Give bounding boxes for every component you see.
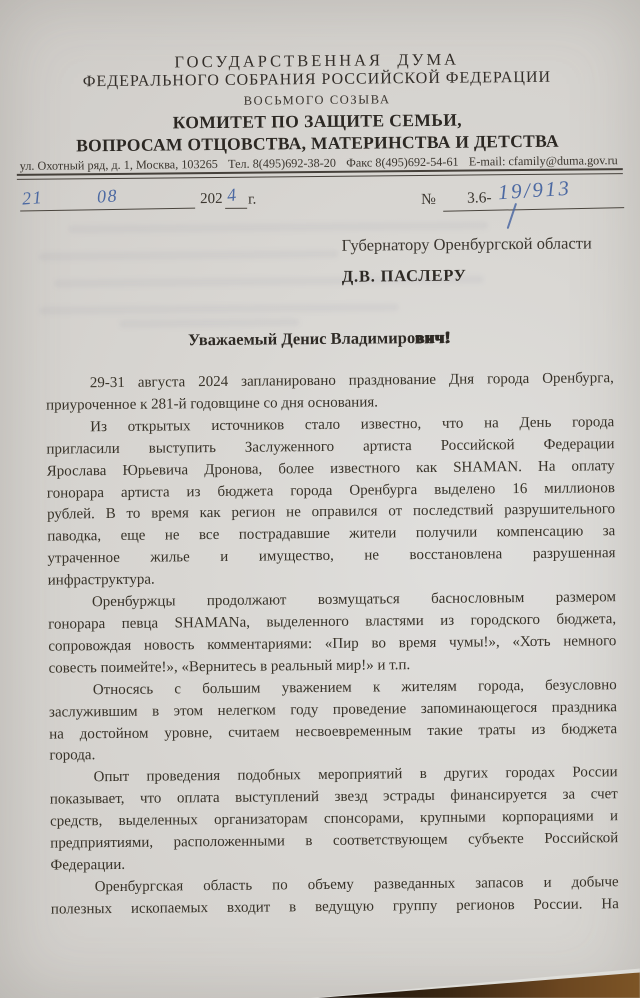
bleedthrough-artifact (119, 318, 299, 328)
printed-year-prefix: 202 (200, 191, 223, 208)
recipient-name: Д.В. ПАСЛЕРУ (342, 266, 467, 287)
pen-stroke-tail (507, 203, 517, 229)
salutation-text: Уважаемый Денис Владимиро (188, 328, 415, 349)
handwritten-year-digit: 4 (226, 184, 239, 206)
salutation-smudged-ending: вич! (415, 328, 451, 347)
year-suffix: г. (248, 192, 256, 209)
email-address: E-mail: cfamily@duma.gov.ru (469, 153, 618, 169)
letter-body: 29-31 августа 2024 запланировано праздно… (46, 368, 619, 921)
bleedthrough-artifact (39, 303, 399, 314)
number-sign: № (421, 191, 436, 209)
bleedthrough-artifact (39, 250, 339, 261)
scanned-letter-page: ГОСУДАРСТВЕННАЯ ДУМА ФЕДЕРАЛЬНОГО СОБРАН… (0, 0, 640, 998)
bleedthrough-artifact (68, 221, 488, 233)
paper-sheet: ГОСУДАРСТВЕННАЯ ДУМА ФЕДЕРАЛЬНОГО СОБРАН… (0, 0, 640, 998)
printed-number-prefix: 3.6- (467, 189, 492, 207)
handwritten-date-day: 21 (21, 187, 44, 210)
phone-number: Тел. 8(495)692-38-20 (228, 156, 336, 172)
fax-number: Факс 8(495)692-54-61 (346, 155, 459, 171)
handwritten-number: 19/913 (497, 176, 572, 205)
handwritten-date-month: 08 (96, 185, 118, 207)
body-line: полезных ископаемых входит в ведущую гру… (51, 894, 619, 921)
recipient-title: Губернатору Оренбургской области (341, 233, 591, 255)
year-underline (225, 208, 247, 210)
number-underline (443, 207, 624, 212)
salutation: Уважаемый Денис Владимирович! (0, 326, 640, 352)
date-underline (20, 208, 195, 212)
